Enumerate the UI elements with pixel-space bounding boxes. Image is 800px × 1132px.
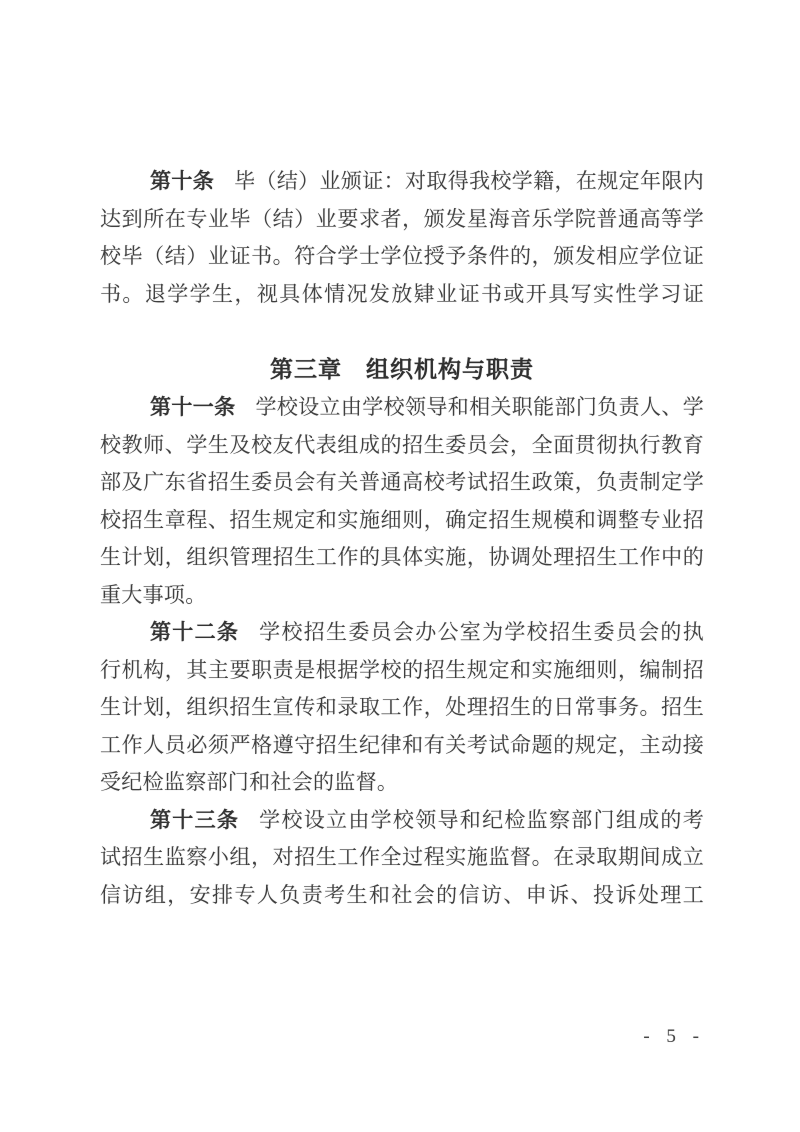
text-line: 第十条毕（结）业颁证：对取得我校学籍，在规定年限内: [100, 163, 704, 201]
text-line: 受纪检监察部门和社会的监督。: [100, 764, 704, 802]
text-line: 书。退学学生，视具体情况发放肄业证书或开具写实性学习证明。: [100, 276, 704, 314]
text-line: 信访组，安排专人负责考生和社会的信访、申诉、投诉处理工作。: [100, 877, 704, 915]
article-term: 第十二条: [150, 620, 239, 644]
document-content: 第十条毕（结）业颁证：对取得我校学籍，在规定年限内达到所在专业毕（结）业要求者，…: [100, 163, 704, 914]
text-line: 第十一条学校设立由学校领导和相关职能部门负责人、学: [100, 389, 704, 427]
article-paragraph: 第十三条学校设立由学校领导和纪检监察部门组成的考试招生监察小组，对招生工作全过程…: [100, 802, 704, 915]
article-paragraph: 第十二条学校招生委员会办公室为学校招生委员会的执行机构，其主要职责是根据学校的招…: [100, 614, 704, 802]
text-line: 校招生章程、招生规定和实施细则，确定招生规模和调整专业招: [100, 502, 704, 540]
text-line: 试招生监察小组，对招生工作全过程实施监督。在录取期间成立: [100, 839, 704, 877]
text-line: 校毕（结）业证书。符合学士学位授予条件的，颁发相应学位证: [100, 238, 704, 276]
text-line: 重大事项。: [100, 577, 704, 615]
article-term: 第十一条: [150, 395, 235, 419]
article-term: 第十条: [150, 169, 214, 193]
text-line: 第十二条学校招生委员会办公室为学校招生委员会的执: [100, 614, 704, 652]
text-line: 行机构，其主要职责是根据学校的招生规定和实施细则，编制招: [100, 652, 704, 690]
text-line: 工作人员必须严格遵守招生纪律和有关考试命题的规定，主动接: [100, 727, 704, 765]
text-line: 部及广东省招生委员会有关普通高校考试招生政策，负责制定学: [100, 464, 704, 502]
document-page: 第十条毕（结）业颁证：对取得我校学籍，在规定年限内达到所在专业毕（结）业要求者，…: [0, 0, 800, 1132]
article-paragraph: 第十一条学校设立由学校领导和相关职能部门负责人、学校教师、学生及校友代表组成的招…: [100, 389, 704, 614]
page-number: - 5 -: [643, 1026, 705, 1048]
article-paragraph: 第十条毕（结）业颁证：对取得我校学籍，在规定年限内达到所在专业毕（结）业要求者，…: [100, 163, 704, 313]
text-line: 校教师、学生及校友代表组成的招生委员会，全面贯彻执行教育: [100, 427, 704, 465]
article-term: 第十三条: [150, 808, 239, 832]
chapter-heading: 第三章 组织机构与职责: [100, 349, 704, 389]
text-line: 达到所在专业毕（结）业要求者，颁发星海音乐学院普通高等学: [100, 201, 704, 239]
text-line: 生计划，组织招生宣传和录取工作，处理招生的日常事务。招生: [100, 689, 704, 727]
text-line: 第十三条学校设立由学校领导和纪检监察部门组成的考: [100, 802, 704, 840]
text-line: 生计划，组织管理招生工作的具体实施，协调处理招生工作中的: [100, 539, 704, 577]
